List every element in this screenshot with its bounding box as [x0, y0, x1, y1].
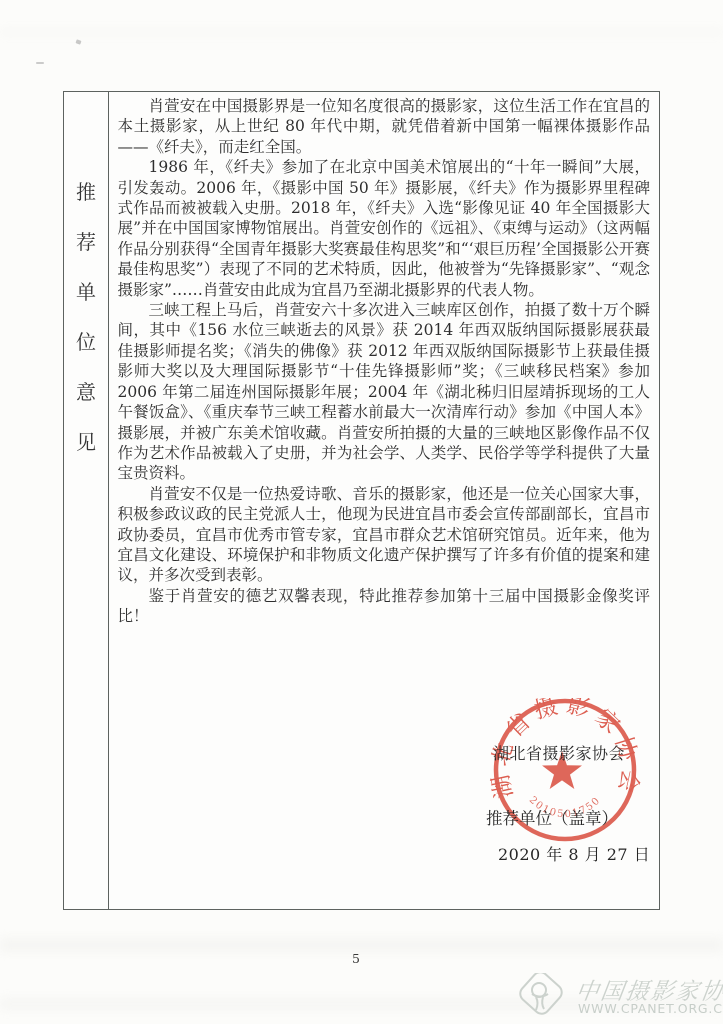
label-char: 见 — [76, 426, 96, 455]
watermark-url: WWW.CPANET.ORG.CN — [578, 1001, 723, 1016]
row-header-vertical-label: 推 荐 单 位 意 见 — [64, 176, 108, 455]
scanned-recommendation-form: { "page": { "number": "5" }, "table": { … — [0, 0, 723, 1024]
scan-streak — [0, 28, 723, 36]
label-char: 荐 — [76, 226, 96, 255]
scan-speck — [75, 39, 81, 44]
cpanet-logo-icon — [512, 973, 568, 1023]
row-header-cell: 推 荐 单 位 意 见 — [64, 92, 109, 909]
recommendation-date: 2020 年 8 月 27 日 — [498, 842, 650, 865]
scan-speck — [36, 62, 44, 64]
cpanet-watermark: 中国摄影家协会 WWW.CPANET.ORG.CN — [512, 971, 722, 1023]
label-char: 推 — [76, 176, 96, 205]
label-char: 单 — [76, 276, 96, 305]
recommending-unit-seal-line: 推荐单位（盖章） — [486, 805, 618, 829]
page-number: 5 — [352, 951, 360, 966]
label-char: 位 — [76, 326, 96, 355]
opinion-paragraph-3: 三峡工程上马后，肖萱安六十多次进入三峡库区创作，拍摄了数十万个瞬间，其中《156… — [118, 300, 651, 484]
opinion-paragraph-1: 肖萱安在中国摄影界是一位知名度很高的摄影家，这位生活工作在宜昌的本土摄影家，从上… — [118, 96, 651, 157]
opinion-paragraph-2: 1986 年，《纤夫》参加了在北京中国美术馆展出的“十年一瞬间”大展，引发轰动。… — [118, 157, 651, 300]
opinion-paragraph-5: 鉴于肖萱安的德艺双馨表现，特此推荐参加第十三届中国摄影金像奖评比！ — [118, 586, 651, 627]
opinion-paragraph-4: 肖萱安不仅是一位热爱诗歌、音乐的摄影家，他还是一位关心国家大事，积极参政议政的民… — [118, 484, 651, 586]
scan-streak — [0, 938, 723, 952]
label-char: 意 — [76, 376, 96, 405]
recommending-org-name: 湖北省摄影家协会 — [493, 741, 625, 764]
